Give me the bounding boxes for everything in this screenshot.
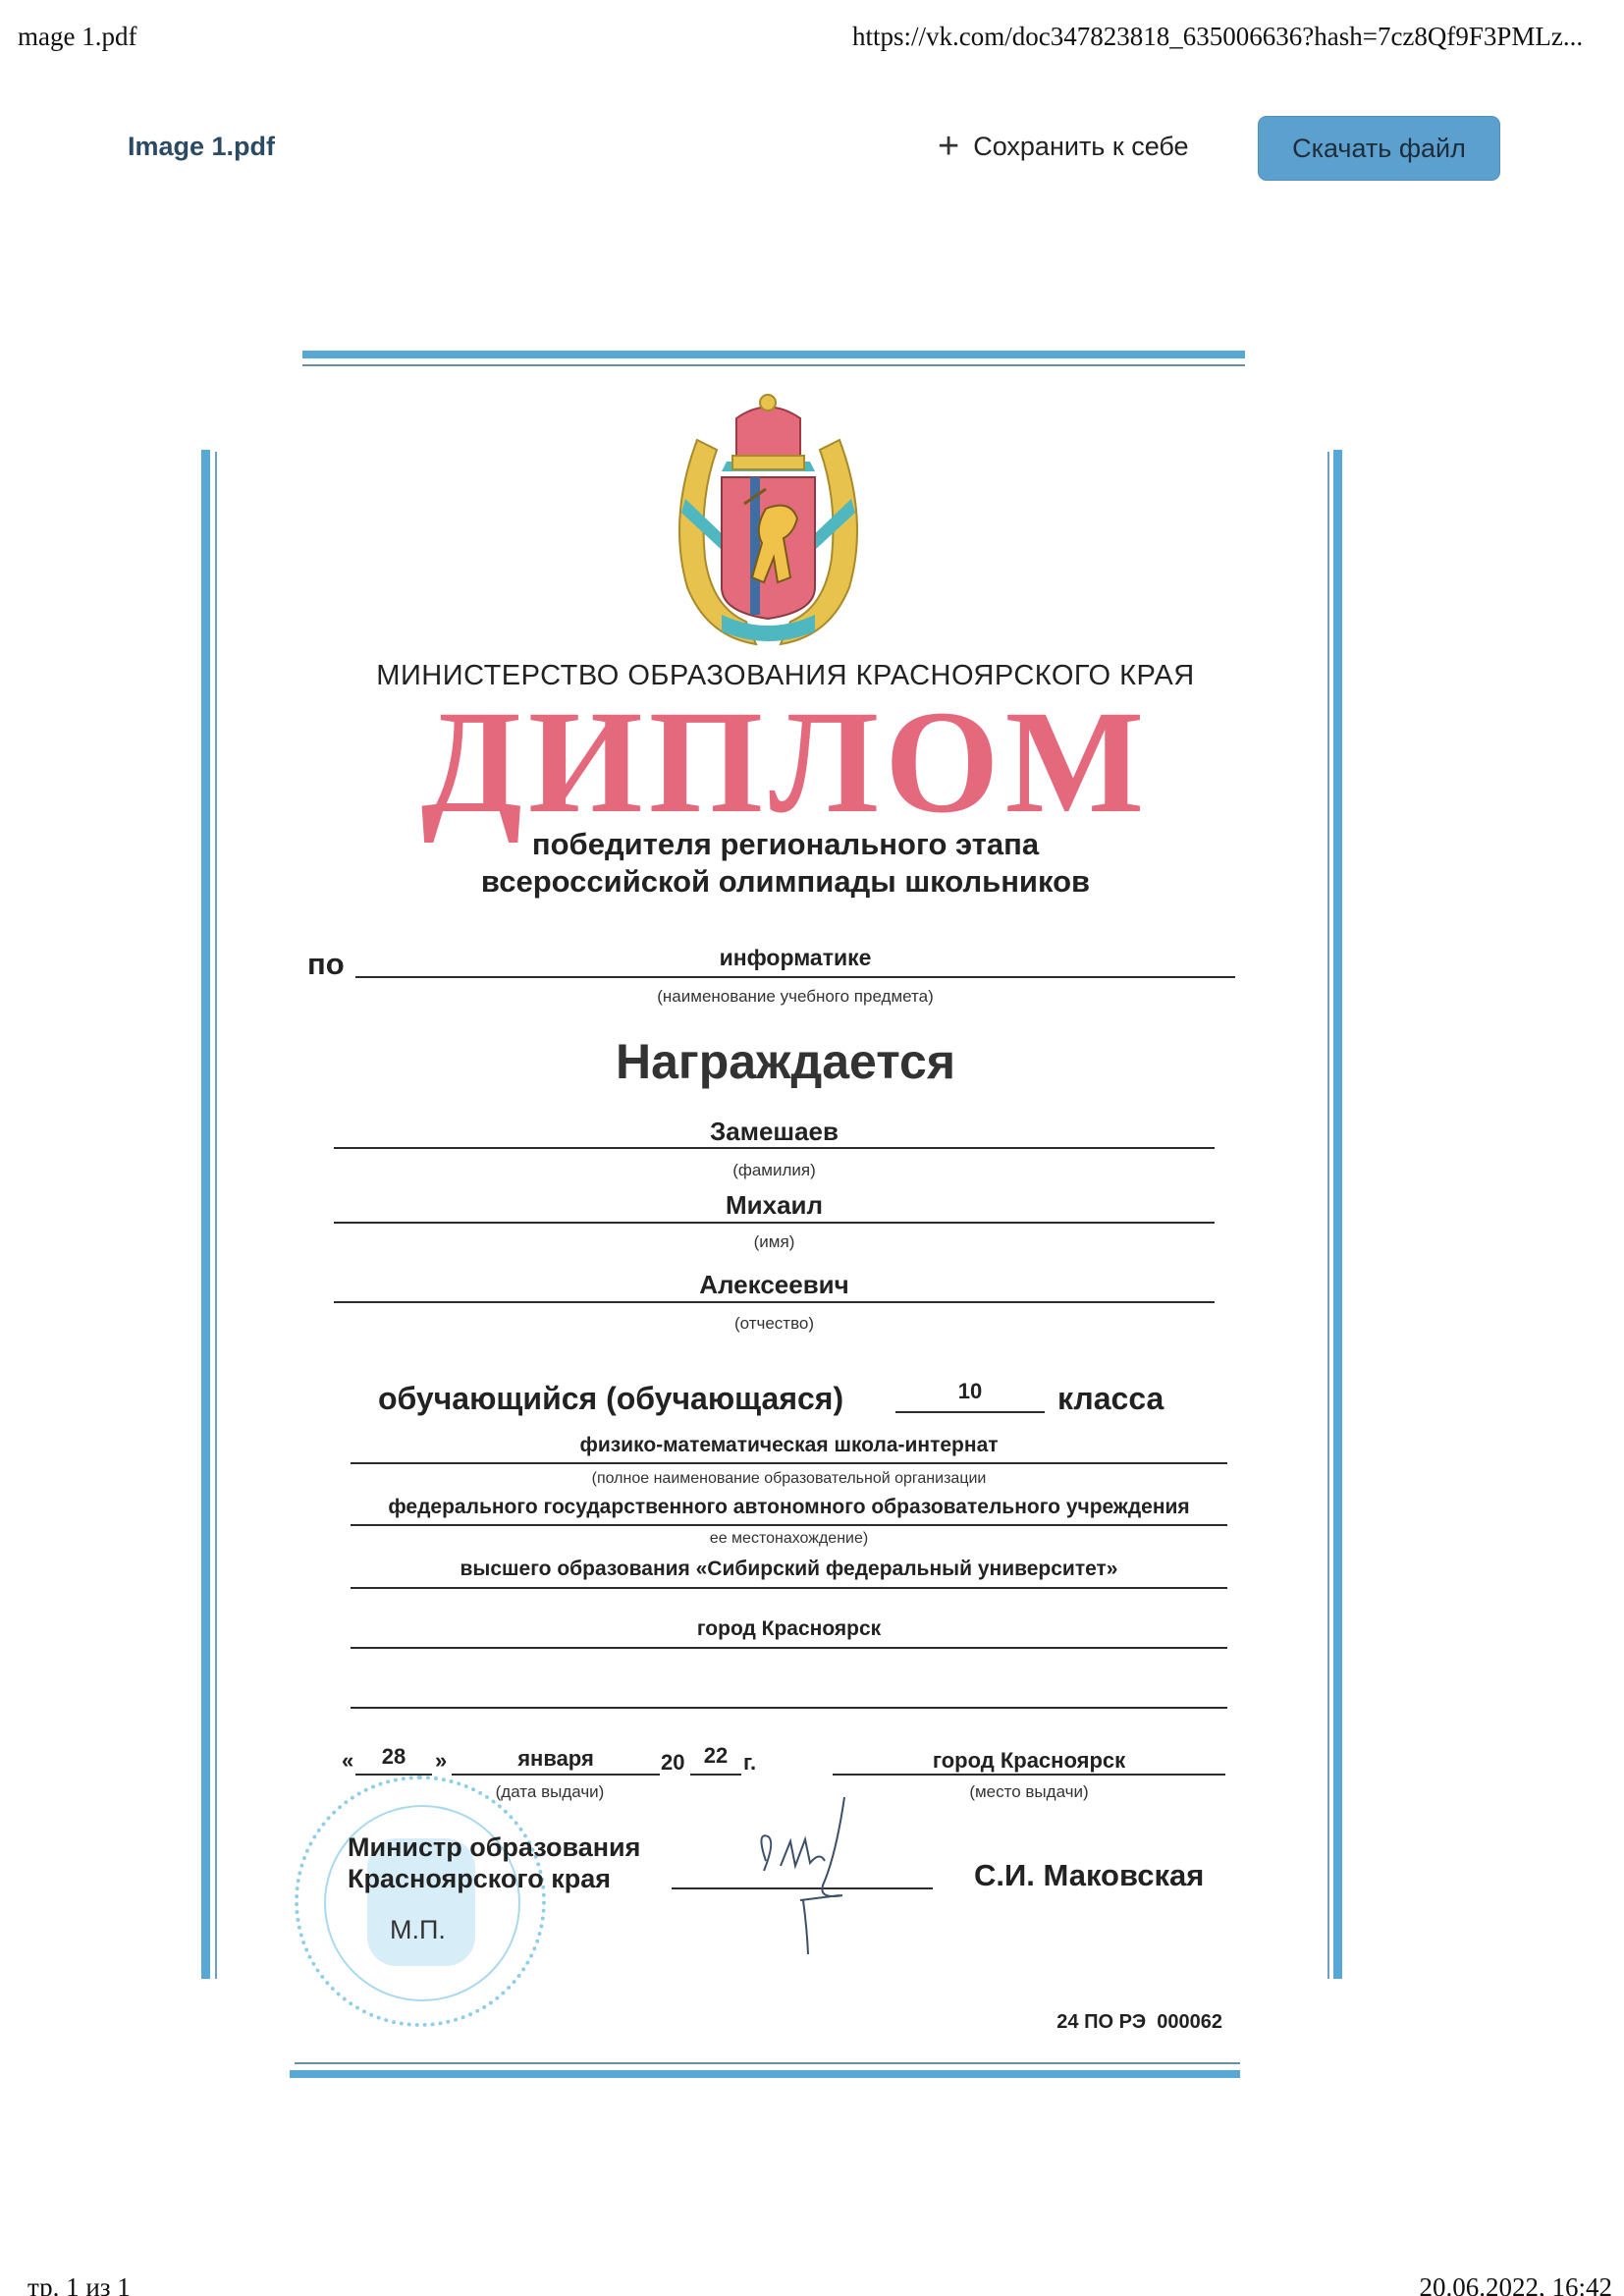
school-city-rule (351, 1647, 1227, 1649)
school-line2-rule (351, 1524, 1227, 1526)
date-month-line (452, 1774, 660, 1776)
frame-bottom-thin (295, 2062, 1240, 2064)
grade-suffix: класса (1057, 1381, 1164, 1417)
patronymic-value: Алексеевич (334, 1270, 1215, 1300)
print-datetime: 20.06.2022, 16:42 (1419, 2272, 1612, 2296)
surname-line (334, 1147, 1215, 1149)
subject-line (355, 976, 1235, 978)
frame-right-thin (1327, 452, 1329, 1979)
school-line1: физико-математическая школа-интернат (351, 1434, 1227, 1457)
date-year: 22 (690, 1743, 741, 1769)
date-month: января (452, 1746, 660, 1772)
school-note1: (полное наименование образовательной орг… (351, 1470, 1227, 1488)
school-line3: высшего образования «Сибирский федеральн… (351, 1558, 1227, 1581)
awarded-heading: Награждается (295, 1033, 1276, 1090)
issue-place-line (833, 1774, 1225, 1776)
frame-left-thin (215, 452, 217, 1979)
school-line2: федерального государственного автономног… (351, 1496, 1227, 1519)
patronymic-note: (отчество) (334, 1314, 1215, 1334)
print-page-title: mage 1.pdf (18, 22, 136, 52)
blank-rule (351, 1707, 1227, 1709)
grade-value: 10 (895, 1379, 1045, 1404)
school-note2: ее местонахождение) (351, 1530, 1227, 1548)
patronymic-line (334, 1301, 1215, 1303)
official-stamp (295, 1776, 546, 2027)
save-to-self-button[interactable]: + Сохранить к себе (938, 128, 1189, 165)
diploma-subtitle-line2: всероссийской олимпиады школьников (295, 864, 1276, 900)
date-close-quote: » (435, 1748, 447, 1774)
name-value: Михаил (334, 1190, 1215, 1221)
name-line (334, 1222, 1215, 1224)
serial-number: 24 ПО РЭ 000062 (1056, 2011, 1222, 2034)
subject-note: (наименование учебного предмета) (355, 987, 1235, 1007)
print-page-url: https://vk.com/doc347823818_635006636?ha… (852, 22, 1583, 52)
issue-place: город Красноярск (833, 1748, 1225, 1774)
student-label: обучающийся (обучающаяся) (378, 1381, 843, 1417)
frame-left-thick (201, 450, 210, 1979)
frame-bottom-thick (290, 2070, 1240, 2078)
school-line3-rule (351, 1587, 1227, 1589)
school-line1-rule (351, 1462, 1227, 1464)
frame-right-thick (1333, 450, 1342, 1979)
frame-top-thick (302, 351, 1245, 358)
school-city: город Красноярск (351, 1617, 1227, 1641)
plus-icon: + (938, 128, 959, 165)
download-file-label: Скачать файл (1292, 134, 1466, 164)
document-title: Image 1.pdf (128, 132, 275, 162)
surname-value: Замешаев (334, 1117, 1215, 1147)
subject-value: информатике (355, 945, 1235, 971)
signer-title-line1: Министр образования (348, 1832, 640, 1863)
grade-line (895, 1411, 1045, 1413)
issue-place-note: (место выдачи) (833, 1782, 1225, 1802)
date-day: 28 (355, 1744, 432, 1770)
signer-name: С.И. Маковская (974, 1858, 1204, 1893)
diploma-subtitle-line1: победителя регионального этапа (295, 827, 1276, 862)
print-page-counter: тр. 1 из 1 (27, 2272, 131, 2296)
subject-prefix: по (307, 947, 345, 982)
signer-title-line2: Красноярского края (348, 1864, 611, 1894)
signature-icon (727, 1792, 874, 1959)
stamp-place-label: М.П. (390, 1915, 446, 1945)
name-note: (имя) (334, 1232, 1215, 1252)
save-to-self-label: Сохранить к себе (973, 132, 1188, 162)
date-year-line (690, 1774, 741, 1776)
coat-of-arms-icon (668, 391, 869, 651)
download-file-button[interactable]: Скачать файл (1258, 116, 1500, 181)
date-open-quote: « (342, 1748, 353, 1774)
diploma-title: ДИПЛОМ (295, 678, 1276, 847)
frame-top-thin (302, 364, 1245, 366)
date-suffix: г. (743, 1750, 756, 1776)
surname-note: (фамилия) (334, 1161, 1215, 1180)
date-century: 20 (661, 1750, 684, 1776)
